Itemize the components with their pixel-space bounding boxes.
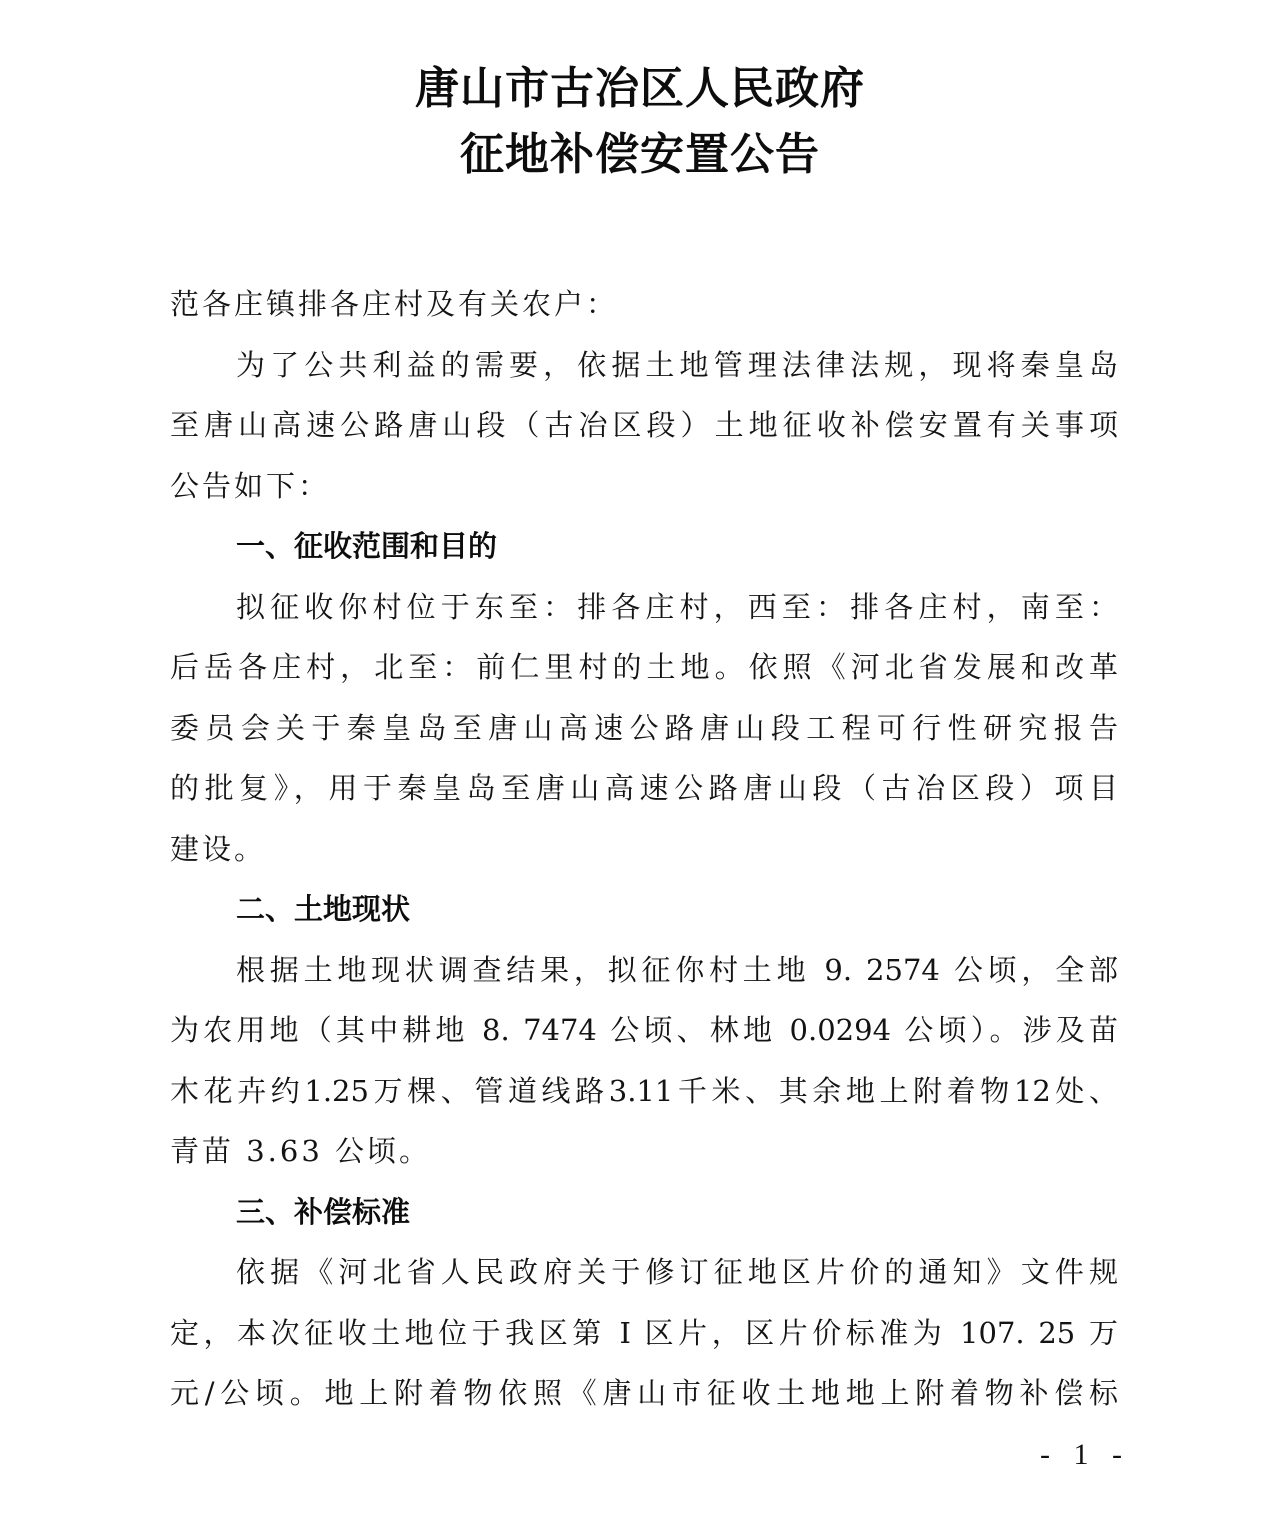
title-line-2: 征地补偿安置公告 bbox=[0, 122, 1280, 188]
section-scope-line: 委员会关于秦皇岛至唐山高速公路唐山段工程可行性研究报告 bbox=[170, 698, 1118, 759]
section-land-status-line: 木花卉约1.25万棵、管道线路3.11千米、其余地上附着物12处、 bbox=[170, 1061, 1118, 1122]
section-land-status-line: 根据土地现状调查结果，拟征你村土地 9. 2574 公顷，全部 bbox=[170, 940, 1118, 1001]
section-scope-line: 拟征收你村位于东至：排各庄村，西至：排各庄村，南至： bbox=[170, 577, 1118, 638]
page-number: - 1 - bbox=[1040, 1438, 1130, 1472]
section-scope-line: 的批复》，用于秦皇岛至唐山高速公路唐山段（古冶区段）项目 bbox=[170, 758, 1118, 819]
intro-paragraph-line: 公告如下： bbox=[170, 456, 1118, 517]
document-body: 范各庄镇排各庄村及有关农户： 为了公共利益的需要，依据土地管理法律法规，现将秦皇… bbox=[170, 274, 1118, 1424]
salutation: 范各庄镇排各庄村及有关农户： bbox=[170, 274, 1118, 335]
title-line-1: 唐山市古冶区人民政府 bbox=[0, 56, 1280, 122]
document-title: 唐山市古冶区人民政府 征地补偿安置公告 bbox=[0, 56, 1280, 188]
section-scope-line: 后岳各庄村，北至：前仁里村的土地。依照《河北省发展和改革 bbox=[170, 637, 1118, 698]
section-compensation-line: 依据《河北省人民政府关于修订征地区片价的通知》文件规 bbox=[170, 1242, 1118, 1303]
section-land-status-line: 为农用地（其中耕地 8. 7474 公顷、林地 0.0294 公顷）。涉及苗 bbox=[170, 1000, 1118, 1061]
section-compensation-line: 定，本次征收土地位于我区第 I 区片，区片价标准为 107. 25 万 bbox=[170, 1303, 1118, 1364]
document-page: 唐山市古冶区人民政府 征地补偿安置公告 范各庄镇排各庄村及有关农户： 为了公共利… bbox=[0, 0, 1280, 1522]
section-heading-scope: 一、征收范围和目的 bbox=[170, 516, 1118, 577]
section-land-status-line: 青苗 3.63 公顷。 bbox=[170, 1121, 1118, 1182]
section-scope-line: 建设。 bbox=[170, 819, 1118, 880]
section-compensation-line: 元/公顷。地上附着物依照《唐山市征收土地地上附着物补偿标 bbox=[170, 1363, 1118, 1424]
section-heading-compensation: 三、补偿标准 bbox=[170, 1182, 1118, 1243]
section-heading-land-status: 二、土地现状 bbox=[170, 879, 1118, 940]
intro-paragraph-line: 至唐山高速公路唐山段（古冶区段）土地征收补偿安置有关事项 bbox=[170, 395, 1118, 456]
intro-paragraph-line: 为了公共利益的需要，依据土地管理法律法规，现将秦皇岛 bbox=[170, 335, 1118, 396]
